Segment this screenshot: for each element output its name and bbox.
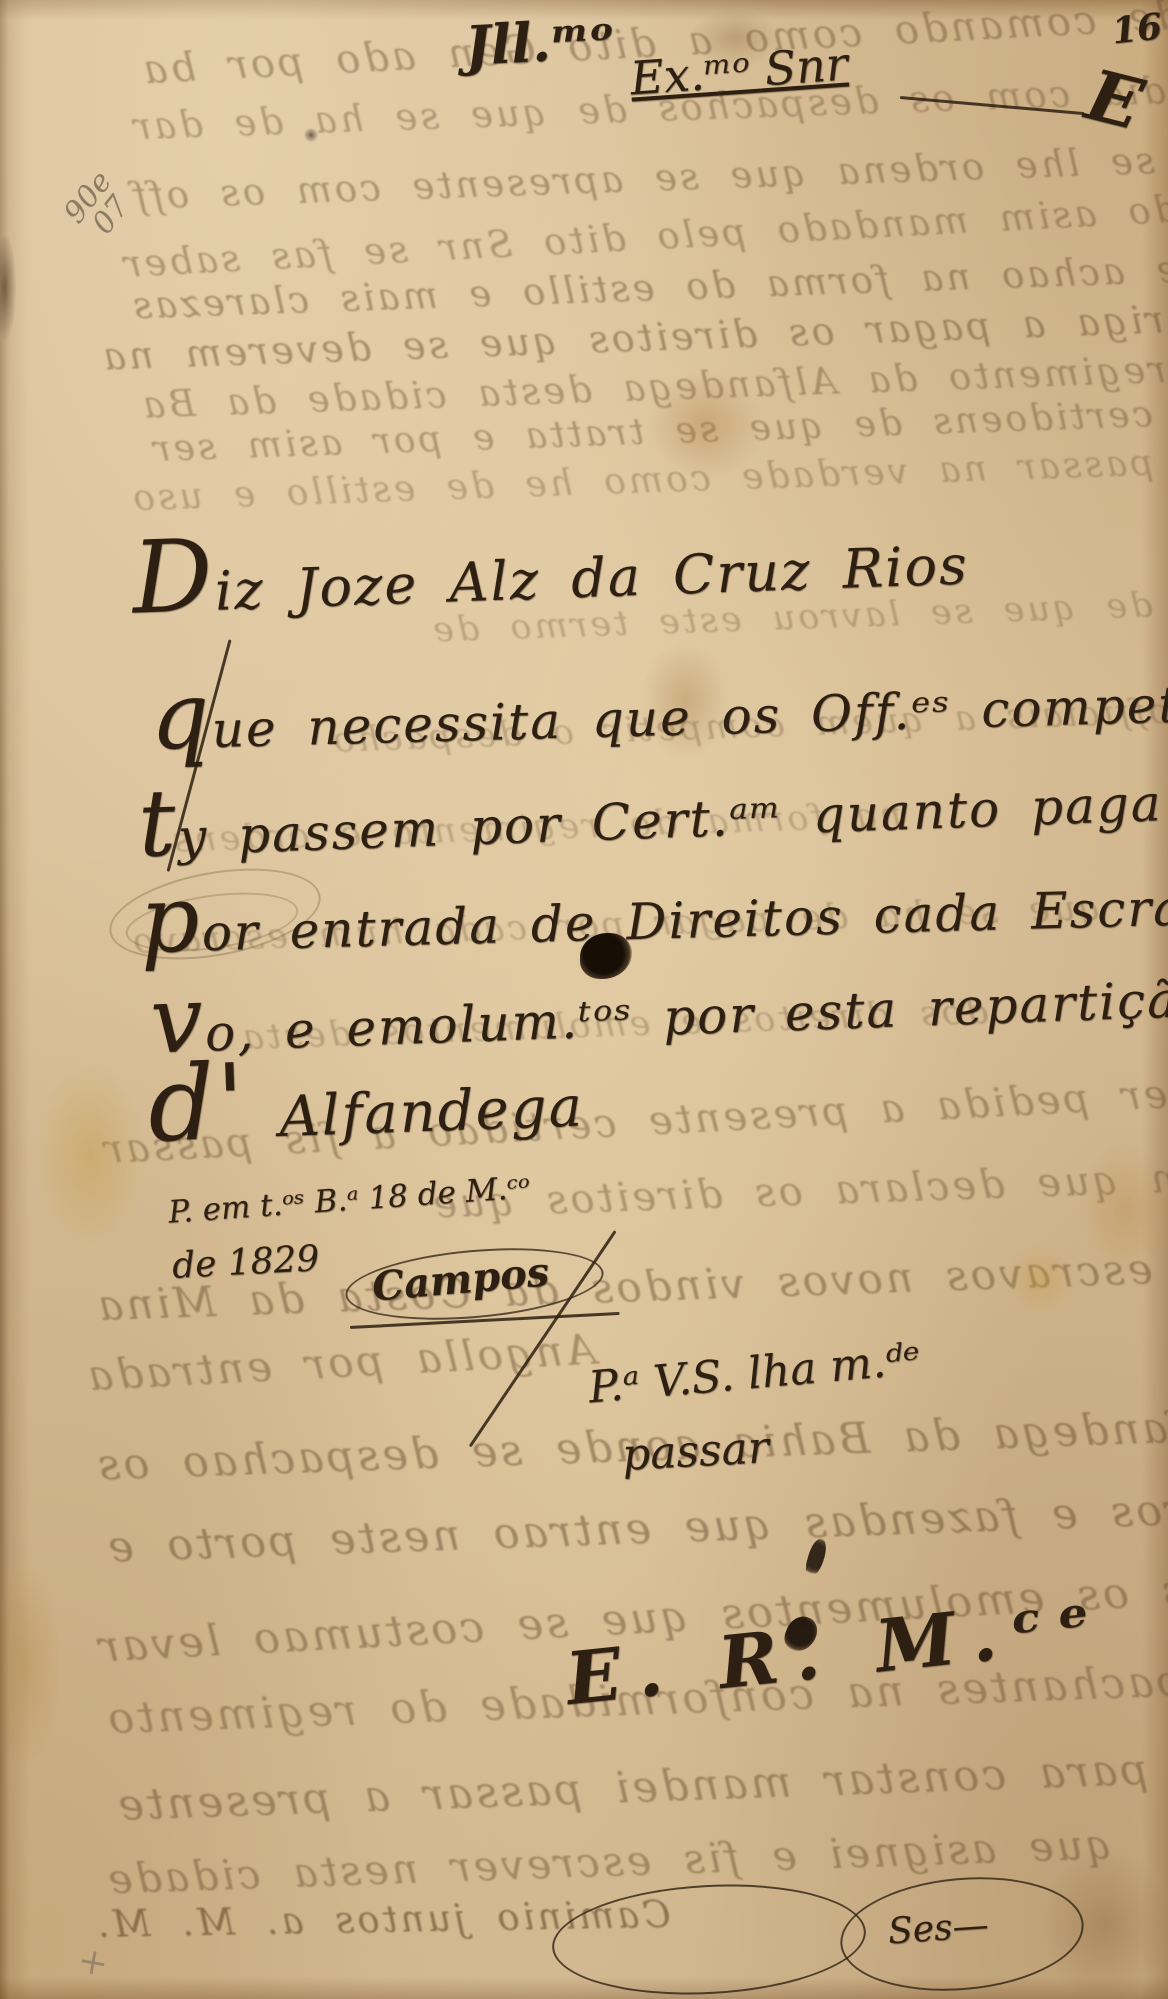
bleedthrough-line: para o que se lhe ordena que se apresent… — [130, 129, 1168, 218]
bleedthrough-line: que se obriga a pagar os direitos que se… — [100, 289, 1168, 378]
bleedthrough-line: em que declara os direitos que — [429, 1154, 1168, 1227]
bleedthrough-line: e sendo asim mandado pelo dito Snr se fa… — [120, 181, 1168, 286]
despacho-line-2: passar — [621, 1422, 770, 1481]
manuscript-page: da de comando como a dito Gen ado por ba… — [0, 0, 1168, 1999]
page-number: 16 — [1110, 5, 1164, 52]
bleedthrough-line: Angolla por entrada — [84, 1325, 597, 1401]
rubric-text: Ses— — [887, 1905, 990, 1953]
dateline-year: de 1829 — [171, 1238, 320, 1287]
salutation-part1: Jll.ᵐᵒ — [463, 6, 616, 78]
bleedthrough-line: e de tudo para constar mandei passar a p… — [115, 1735, 1168, 1831]
bleedthrough-line: generos e fazendas que entrao neste port… — [104, 1481, 1168, 1573]
body-line-6: d' Alfandega — [146, 1030, 585, 1165]
bleedthrough-line: da ley e regimento da Alfandega desta ci… — [140, 340, 1168, 427]
bleedthrough-line: os quais se achao na forma do estillo e … — [130, 239, 1168, 327]
bleedthrough-line: as ditas certidoens de que se tratta e p… — [150, 387, 1168, 470]
